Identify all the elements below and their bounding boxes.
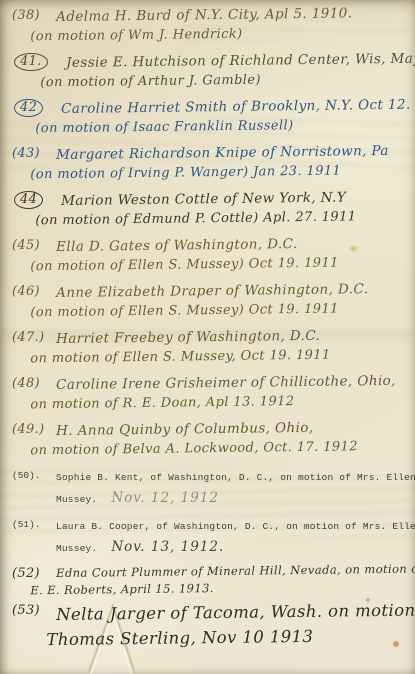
entry-motion-line: (on motion of Wm J. Hendrick) [30,23,409,48]
entry-number: (45) [12,237,56,253]
entry-number: 41. [14,53,48,71]
entry-motion-line: (on motion of Isaac Franklin Russell) [35,115,409,140]
entry-number: 44 [14,191,43,209]
entry-50: (50). Sophie B. Kent, of Washington, D. … [12,467,409,510]
entry-motion-line: (on motion of Edmund P. Cottle) Apl. 27.… [35,207,409,232]
handwritten-date: Nov. 13, 1912. [111,539,224,555]
entry-number: (38) [12,7,56,23]
entry-typed-text: Mussey. [56,494,97,505]
entry-motion-line: (on motion of Arthur J. Gamble) [40,69,410,94]
document-page: (38) Adelma H. Burd of N.Y. City, Apl 5.… [0,0,415,674]
registry-entry-list: (38) Adelma H. Burd of N.Y. City, Apl 5.… [0,0,415,652]
entry-number: (52) [12,565,56,581]
entry-motion-line: E. E. Roberts, April 15. 1913. [30,578,409,600]
entry-51: (51). Laura B. Cooper, of Washington, D.… [12,516,409,559]
entry-46: (46) Anne Elizabeth Draper of Washington… [12,283,409,323]
entry-53: (53) Nelta Jarger of Tacoma, Wash. on mo… [12,602,409,652]
entry-motion-line: Mussey.Nov. 13, 1912. [56,537,409,559]
entry-motion-line: on motion of Ellen S. Mussey, Oct 19. 19… [30,345,409,370]
entry-motion-line: (on motion of Irving P. Wanger) Jan 23. … [30,161,409,186]
entry-name-line: Jessie E. Hutchison of Richland Center, … [66,49,410,73]
entry-number: (48) [12,375,56,391]
entry-motion-line: on motion of Belva A. Lockwood, Oct. 17.… [30,437,409,462]
entry-45: (45) Ella D. Gates of Washington, D.C. (… [12,237,409,277]
entry-41: 41. Jessie E. Hutchison of Richland Cent… [12,53,409,93]
entry-47: (47.) Harriet Freebey of Washington, D.C… [12,329,409,369]
entry-38: (38) Adelma H. Burd of N.Y. City, Apl 5.… [12,7,409,47]
entry-motion-line: Thomas Sterling, Nov 10 1913 [46,623,409,652]
entry-number: 42 [14,99,43,117]
entry-number: (51). [12,516,56,530]
entry-49: (49.) H. Anna Quinby of Columbus, Ohio, … [12,421,409,461]
entry-number: (50). [12,467,56,481]
entry-48: (48) Caroline Irene Grisheimer of Chilli… [12,375,409,415]
handwritten-date: Nov. 12, 1912 [111,490,219,506]
entry-typed-text: Mussey. [56,543,97,554]
entry-motion-line: (on motion of Ellen S. Mussey) Oct 19. 1… [30,253,409,278]
entry-number: (49.) [12,421,56,437]
entry-44: 44 Marion Weston Cottle of New York, N.Y… [12,191,409,231]
entry-name-line: Sophie B. Kent, of Washington, D. C., on… [56,467,409,488]
entry-52: (52) Edna Court Plummer of Mineral Hill,… [12,565,409,599]
entry-name-line: Nelta Jarger of Tacoma, Wash. on motion … [56,598,409,627]
entry-42: 42 Caroline Harriet Smith of Brooklyn, N… [12,99,409,139]
entry-name-line: Caroline Harriet Smith of Brooklyn, N.Y.… [61,95,409,119]
entry-motion-line: on motion of R. E. Doan, Apl 13. 1912 [30,391,409,416]
entry-number: (43) [12,145,56,161]
entry-number: (47.) [12,329,56,345]
entry-43: (43) Margaret Richardson Knipe of Norris… [12,145,409,185]
entry-name-line: Laura B. Cooper, of Washington, D. C., o… [56,516,409,537]
entry-number: (46) [12,283,56,299]
entry-number: (53) [12,602,56,618]
entry-motion-line: (on motion of Ellen S. Mussey) Oct 19. 1… [30,299,409,324]
entry-motion-line: Mussey.Nov. 12, 1912 [56,488,409,510]
